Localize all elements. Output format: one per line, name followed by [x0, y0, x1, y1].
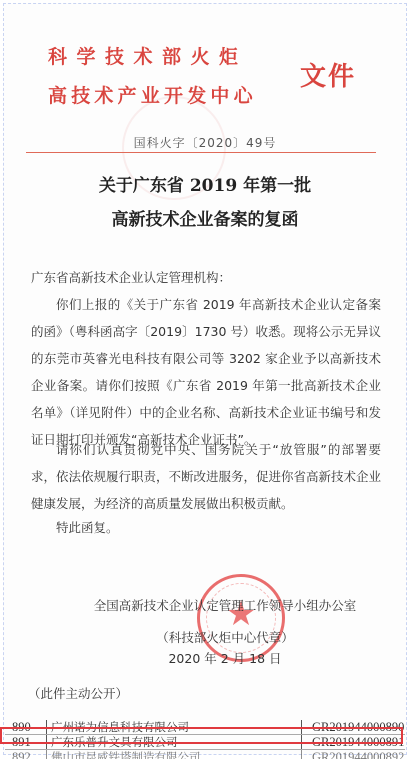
paragraph-3: 特此函复。 [31, 514, 381, 541]
letterhead-line1: 科学技术部火炬 [48, 42, 248, 69]
letterhead: 科学技术部火炬 高技术产业开发中心 文件 [48, 36, 388, 116]
disclosure-note: （此件主动公开） [28, 684, 128, 702]
row-number: 892 [12, 750, 42, 759]
paragraph-1-text: 你们上报的《关于广东省 2019 年高新技术企业认定备案的函》（粤科函高字〔20… [31, 291, 381, 453]
company-name: 佛山市昆威铁塔制造有限公司 [46, 750, 201, 759]
salutation: 广东省高新技术企业认定管理机构： [31, 264, 381, 291]
document-number: 国科火字〔2020〕49号 [4, 134, 406, 151]
paragraph-2: 请你们认真贯彻党中央、国务院关于“放管服”的部署要求，依法依规履行职责，不断改进… [31, 436, 381, 517]
table-row-partial: 892 佛山市昆威铁塔制造有限公司 GR201944000892 [5, 750, 405, 759]
red-divider [26, 152, 376, 153]
highlight-box [0, 727, 403, 744]
certificate-code: GR201944000892 [301, 750, 404, 759]
paragraph-1: 你们上报的《关于广东省 2019 年高新技术企业认定备案的函》（粤科函高字〔20… [31, 291, 381, 453]
letterhead-suffix: 文件 [300, 56, 356, 93]
document-title-line1: 关于广东省 2019 年第一批 [4, 171, 406, 196]
document-title-line2: 高新技术企业备案的复函 [4, 205, 406, 230]
signature-office: 全国高新技术企业认定管理工作领导小组办公室 [24, 596, 407, 614]
paragraph-3-text: 特此函复。 [31, 514, 381, 541]
signature-proxy: （科技部火炬中心代章） [24, 628, 407, 646]
document-frame: 科学技术部火炬 高技术产业开发中心 文件 国科火字〔2020〕49号 关于广东省… [3, 3, 407, 755]
paragraph-2-text: 请你们认真贯彻党中央、国务院关于“放管服”的部署要求，依法依规履行职责，不断改进… [31, 436, 381, 517]
signature-date: 2020 年 2 月 18 日 [24, 649, 407, 667]
letterhead-line2: 高技术产业开发中心 [48, 81, 257, 108]
